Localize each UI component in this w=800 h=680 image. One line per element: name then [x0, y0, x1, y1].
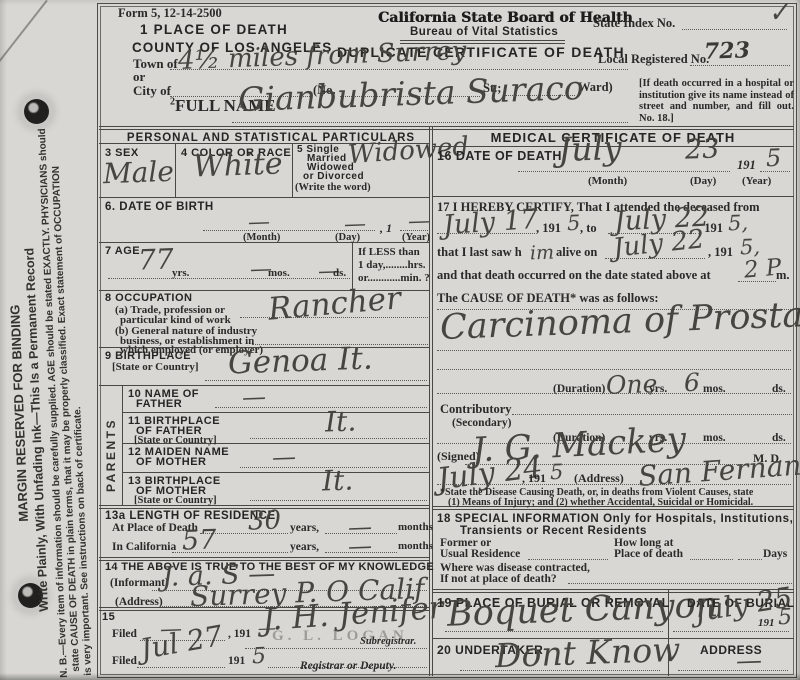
filed-section-number: 15: [102, 612, 115, 624]
dod-year-label: (Year): [742, 176, 771, 188]
mother-birthplace-label-3: [State or Country]: [134, 495, 217, 506]
dob-month-label: (Month): [243, 232, 280, 243]
residence-in-months-value: —: [348, 534, 373, 560]
duration1-yrs-label: yrs.: [649, 383, 667, 395]
date-of-death-year-prefix: 191: [737, 159, 756, 172]
signed-year-digit: 5: [550, 461, 564, 484]
date-of-death-label: 16 DATE OF DEATH: [437, 150, 562, 163]
birthplace-value: Genoa It.: [227, 342, 373, 380]
age-ds-label: ds.: [333, 268, 346, 280]
to-label: , to: [580, 222, 597, 235]
dotted-line: [205, 380, 427, 381]
footnote-line2: (1) Means of Injury; and (2) whether Acc…: [448, 498, 753, 509]
meridiem-label: m.: [776, 269, 790, 282]
death-certificate-scan: MARGIN RESERVED FOR BINDING Write Plainl…: [0, 0, 800, 680]
dob-year-value: —: [408, 210, 431, 234]
residence-months-label-2: months: [398, 541, 433, 553]
date-of-birth-label: 6. DATE OF BIRTH: [105, 201, 214, 213]
contributory-label: Contributory: [440, 403, 512, 416]
residence-months-label: months: [398, 522, 433, 534]
secondary-label: (Secondary): [452, 417, 511, 429]
days-label: Days: [763, 548, 787, 560]
dob-day-label: (Day): [335, 232, 360, 243]
dotted-line: [512, 414, 792, 415]
him-value: im: [530, 244, 555, 265]
residence-in-years-value: 57: [182, 526, 217, 556]
duration1-months-value: 6: [684, 370, 701, 397]
registrar-label: Registrar or Deputy.: [300, 660, 396, 672]
undertaker-value: Dont Know: [494, 633, 680, 674]
dotted-line: [460, 670, 660, 671]
dotted-line: [738, 559, 762, 560]
sex-value: Male: [103, 157, 175, 189]
informant-address-label: (Address): [115, 596, 163, 608]
dotted-line: [250, 438, 427, 439]
former-residence-label-2: Usual Residence: [440, 548, 520, 560]
father-birthplace-label-3: [State or Country]: [134, 435, 217, 446]
where-contracted-label-2: If not at place of death?: [440, 573, 557, 585]
duration2-ds-label: ds.: [772, 432, 786, 444]
rule: [292, 143, 293, 197]
rule: [432, 196, 794, 197]
corner-crease: [0, 0, 47, 62]
rule: [122, 412, 429, 413]
rule: [432, 509, 794, 510]
marital-note: (Write the word): [295, 182, 371, 193]
birthplace-sub-label: [State or Country]: [112, 362, 199, 374]
signed-year-prefix: , 191: [522, 472, 546, 485]
place-of-death-label: 1 PLACE OF DEATH: [140, 23, 288, 37]
attended-from-value: July 17: [442, 206, 539, 241]
informant-label: (Informant): [110, 577, 169, 589]
dotted-line: [232, 122, 628, 123]
dob-month-value: —: [248, 211, 271, 235]
city-of-label: City of: [133, 84, 171, 98]
duration1-ds-label: ds.: [772, 383, 786, 395]
local-registered-value: 723: [704, 39, 751, 64]
dod-month-label: (Month): [588, 176, 627, 188]
mother-name-label-2: OF MOTHER: [136, 457, 207, 469]
dotted-line: [518, 171, 730, 172]
father-name-label-2: FATHER: [136, 399, 182, 411]
to-year-digit: 5,: [728, 212, 749, 235]
hospital-note: [If death occurred in a hospital or inst…: [639, 78, 794, 124]
duration1-mos-label: mos.: [703, 383, 726, 395]
dod-day-label: (Day): [690, 176, 716, 188]
dotted-line: [245, 648, 427, 649]
dotted-line: [568, 583, 792, 584]
age-yrs-label: yrs.: [172, 268, 189, 280]
parents-side-label: PARENTS: [104, 418, 118, 492]
age-years-value: 77: [137, 244, 174, 275]
dotted-line: [437, 350, 791, 351]
age-less-line1: If LESS than: [358, 247, 420, 259]
burial-place-value: Boquet Canyon: [446, 587, 718, 633]
race-value: White: [192, 148, 283, 183]
rule: [175, 143, 176, 197]
residence-at-years-value: 30: [248, 507, 282, 535]
filed1-year-label: , 191: [228, 628, 251, 640]
dotted-line: [690, 559, 733, 560]
dob-year-label: (Year): [402, 232, 430, 243]
rule: [99, 197, 429, 198]
burial-year-prefix: 191: [758, 618, 775, 630]
dotted-line: [215, 407, 427, 408]
dotted-line: [678, 670, 788, 671]
rule: [99, 126, 794, 127]
signed-address-label: (Address): [574, 472, 624, 485]
duration1-label: (Duration): [553, 383, 605, 395]
alive-year-digit: 5,: [740, 236, 761, 259]
filed2-year-digit: 5: [252, 645, 267, 669]
dotted-line: [738, 281, 776, 282]
filed1-label: Filed: [112, 628, 137, 640]
residence-years-label-2: years,: [290, 541, 319, 553]
death-occurred-label: and that death occurred on the date stat…: [437, 269, 711, 282]
rule: [122, 472, 429, 473]
marital-label-4: or Divorced: [303, 172, 364, 183]
date-of-death-year-digit: 5: [766, 146, 782, 172]
father-birthplace-value: It.: [324, 406, 356, 436]
occupation-label: 8 OCCUPATION: [105, 293, 193, 305]
special-info-label-1: 18 SPECIAL INFORMATION Only for Hospital…: [437, 513, 793, 525]
dotted-line: [690, 65, 790, 66]
form-number: Form 5, 12-14-2500: [118, 7, 222, 20]
alive-year-prefix: , 191: [708, 246, 733, 259]
punch-hole-top: [24, 99, 49, 124]
dob-year-prefix: , 1: [380, 222, 392, 235]
dotted-line: [673, 631, 789, 632]
special-info-label-2: Transients or Recent Residents: [460, 525, 647, 537]
rule: [122, 385, 123, 505]
how-long-label-2: Place of death: [614, 548, 683, 560]
dotted-line: [137, 667, 225, 668]
from-year-digit: 5: [567, 212, 581, 235]
from-year-prefix: , 191: [536, 222, 561, 235]
age-less-line2: 1 day,........hrs.: [358, 260, 426, 272]
rule: [352, 242, 353, 290]
residence-in-label: In California: [112, 541, 176, 553]
age-label: 7 AGE: [105, 246, 140, 258]
subregistrar-label: Subregistrar.: [360, 636, 416, 647]
mother-birthplace-value: It.: [321, 465, 353, 495]
dotted-line: [437, 233, 535, 234]
dotted-line: [760, 171, 790, 172]
duration2-mos-label: mos.: [703, 432, 726, 444]
last-saw-label: that I last saw h: [437, 246, 522, 259]
or-label: or: [133, 70, 145, 84]
checkmark-annotation: ✓: [766, 0, 791, 29]
dotted-line: [108, 278, 350, 279]
dotted-line: [528, 559, 608, 560]
state-index-label: State Index No.: [593, 17, 675, 30]
undertaker-address-value: —: [736, 648, 763, 676]
burial-year-digit: 5: [778, 606, 793, 630]
alive-on-label: alive on: [556, 246, 597, 259]
age-mos-label: mos.: [268, 268, 290, 280]
dotted-line: [250, 500, 427, 501]
filed2-year-label: 191: [228, 655, 245, 667]
residence-years-label: years,: [290, 522, 319, 534]
date-of-death-month-value: July: [557, 131, 622, 168]
filed2-label: Filed: [112, 655, 137, 667]
date-of-death-day-value: 23: [685, 135, 720, 165]
dotted-line: [437, 484, 791, 485]
